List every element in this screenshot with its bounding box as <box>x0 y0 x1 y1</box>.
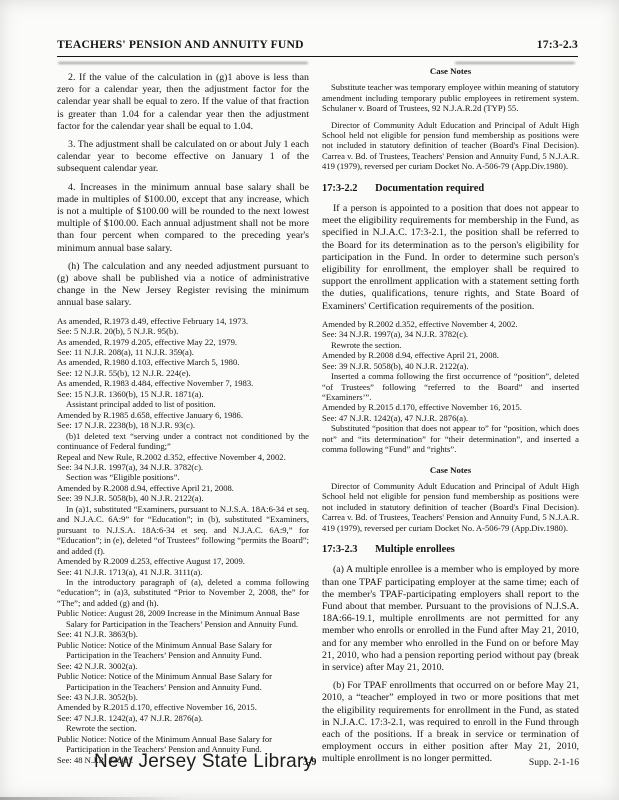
history-line: (b)1 deleted text “serving under a contr… <box>57 431 309 452</box>
section-number: 17:3-2.3 <box>322 544 358 555</box>
history-line: Public Notice: Notice of the Minimum Ann… <box>57 640 309 661</box>
body-paragraph: 3. The adjustment shall be calculated on… <box>57 139 309 176</box>
history-line: See: 12 N.J.R. 55(b), 12 N.J.R. 224(e). <box>57 368 309 378</box>
scan-artifact <box>58 62 308 64</box>
rule-history: As amended, R.1973 d.49, effective Febru… <box>57 316 309 765</box>
history-line: As amended, R.1980 d.103, effective Marc… <box>57 357 309 367</box>
history-line: See: 17 N.J.R. 2238(b), 18 N.J.R. 93(c). <box>57 420 309 430</box>
history-line: See: 11 N.J.R. 208(a), 11 N.J.R. 359(a). <box>57 347 309 357</box>
body-paragraph: (a) A multiple enrollee is a member who … <box>322 564 579 674</box>
case-notes-heading: Case Notes <box>322 65 579 77</box>
case-note: Substitute teacher was temporary employe… <box>322 82 579 113</box>
history-line: See: 34 N.J.R. 1997(a), 34 N.J.R. 3782(c… <box>57 462 309 472</box>
history-line: Public Notice: Notice of the Minimum Ann… <box>57 671 309 692</box>
body-paragraphs: (a) A multiple enrollee is a member who … <box>322 564 579 765</box>
history-line: Rewrote the section. <box>322 340 579 350</box>
page-header: TEACHERS' PENSION AND ANNUITY FUND 17:3-… <box>57 38 578 51</box>
supplement-date: Supp. 2-1-16 <box>529 757 579 768</box>
history-line: Section was “Eligible positions”. <box>57 472 309 482</box>
history-line: See: 15 N.J.R. 1360(b), 15 N.J.R. 1871(a… <box>57 389 309 399</box>
history-line: As amended, R.1973 d.49, effective Febru… <box>57 316 309 326</box>
left-column: 2. If the value of the calculation in (g… <box>57 72 309 765</box>
history-line: See: 43 N.J.R. 3052(b). <box>57 692 309 702</box>
history-line: See: 34 N.J.R. 1997(a), 34 N.J.R. 3782(c… <box>322 329 579 339</box>
history-line: See: 5 N.J.R. 20(b), 5 N.J.R. 95(b). <box>57 326 309 336</box>
history-line: Inserted a comma following the first occ… <box>322 371 579 402</box>
history-line: See: 47 N.J.R. 1242(a), 47 N.J.R. 2876(a… <box>57 713 309 723</box>
scanned-document-page: TEACHERS' PENSION AND ANNUITY FUND 17:3-… <box>0 0 619 800</box>
body-paragraphs: 2. If the value of the calculation in (g… <box>57 72 309 310</box>
section-title: Multiple enrollees <box>375 544 455 555</box>
history-line: Amended by R.1985 d.658, effective Janua… <box>57 410 309 420</box>
section-body: If a person is appointed to a position t… <box>322 203 579 313</box>
history-line: As amended, R.1979 d.205, effective May … <box>57 337 309 347</box>
history-line: See: 39 N.J.R. 5058(b), 40 N.J.R. 2122(a… <box>57 493 309 503</box>
rule-history: Amended by R.2002 d.352, effective Novem… <box>322 319 579 455</box>
history-line: Amended by R.2008 d.94, effective April … <box>57 483 309 493</box>
history-line: Public Notice: August 28, 2009 Increase … <box>57 608 309 629</box>
right-column: Case Notes Substitute teacher was tempor… <box>322 63 579 772</box>
body-paragraph: (b) For TPAF enrollments that occurred o… <box>322 680 579 765</box>
history-line: See: 39 N.J.R. 5058(b), 40 N.J.R. 2122(a… <box>322 361 579 371</box>
section-heading-17-3-2-3: 17:3-2.3 Multiple enrollees <box>322 544 579 556</box>
header-title: TEACHERS' PENSION AND ANNUITY FUND <box>57 38 304 51</box>
history-line: Substituted “position that does not appe… <box>322 423 579 454</box>
section-title: Documentation required <box>375 183 484 194</box>
body-paragraph: 2. If the value of the calculation in (g… <box>57 72 309 133</box>
body-paragraph: (h) The calculation and any needed adjus… <box>57 261 309 310</box>
history-line: Repeal and New Rule, R.2002 d.352, effec… <box>57 452 309 462</box>
section-heading-17-3-2-2: 17:3-2.2 Documentation required <box>322 183 579 195</box>
history-line: See: 42 N.J.R. 3002(a). <box>57 661 309 671</box>
header-section-ref: 17:3-2.3 <box>537 38 578 51</box>
history-line: Amended by R.2009 d.253, effective Augus… <box>57 556 309 566</box>
page-number: 3-9 <box>303 757 316 768</box>
history-line: Amended by R.2015 d.170, effective Novem… <box>322 402 579 412</box>
history-line: In the introductory paragraph of (a), de… <box>57 577 309 608</box>
case-notes-heading: Case Notes <box>322 464 579 476</box>
history-line: Rewrote the section. <box>57 723 309 733</box>
history-line: Assistant principal added to list of pos… <box>57 399 309 409</box>
case-notes: Substitute teacher was temporary employe… <box>322 82 579 172</box>
history-line: In (a)1, substituted “Examiners, pursuan… <box>57 504 309 556</box>
history-line: Amended by R.2002 d.352, effective Novem… <box>322 319 579 329</box>
section-number: 17:3-2.2 <box>322 183 358 194</box>
history-line: As amended, R.1983 d.484, effective Nove… <box>57 378 309 388</box>
history-line: Amended by R.2015 d.170, effective Novem… <box>57 702 309 712</box>
history-line: See: 47 N.J.R. 1242(a), 47 N.J.R. 2876(a… <box>322 413 579 423</box>
history-line: Amended by R.2008 d.94, effective April … <box>322 350 579 360</box>
body-paragraph: 4. Increases in the minimum annual base … <box>57 182 309 255</box>
header-rule <box>57 56 578 57</box>
case-notes: Director of Community Adult Education an… <box>322 481 579 533</box>
case-note: Director of Community Adult Education an… <box>322 120 579 172</box>
history-line: See: 41 N.J.R. 3863(b). <box>57 629 309 639</box>
case-note: Director of Community Adult Education an… <box>322 481 579 533</box>
history-line: See: 41 N.J.R. 1713(a), 41 N.J.R. 3111(a… <box>57 567 309 577</box>
library-stamp: New Jersey State Library <box>94 751 313 773</box>
